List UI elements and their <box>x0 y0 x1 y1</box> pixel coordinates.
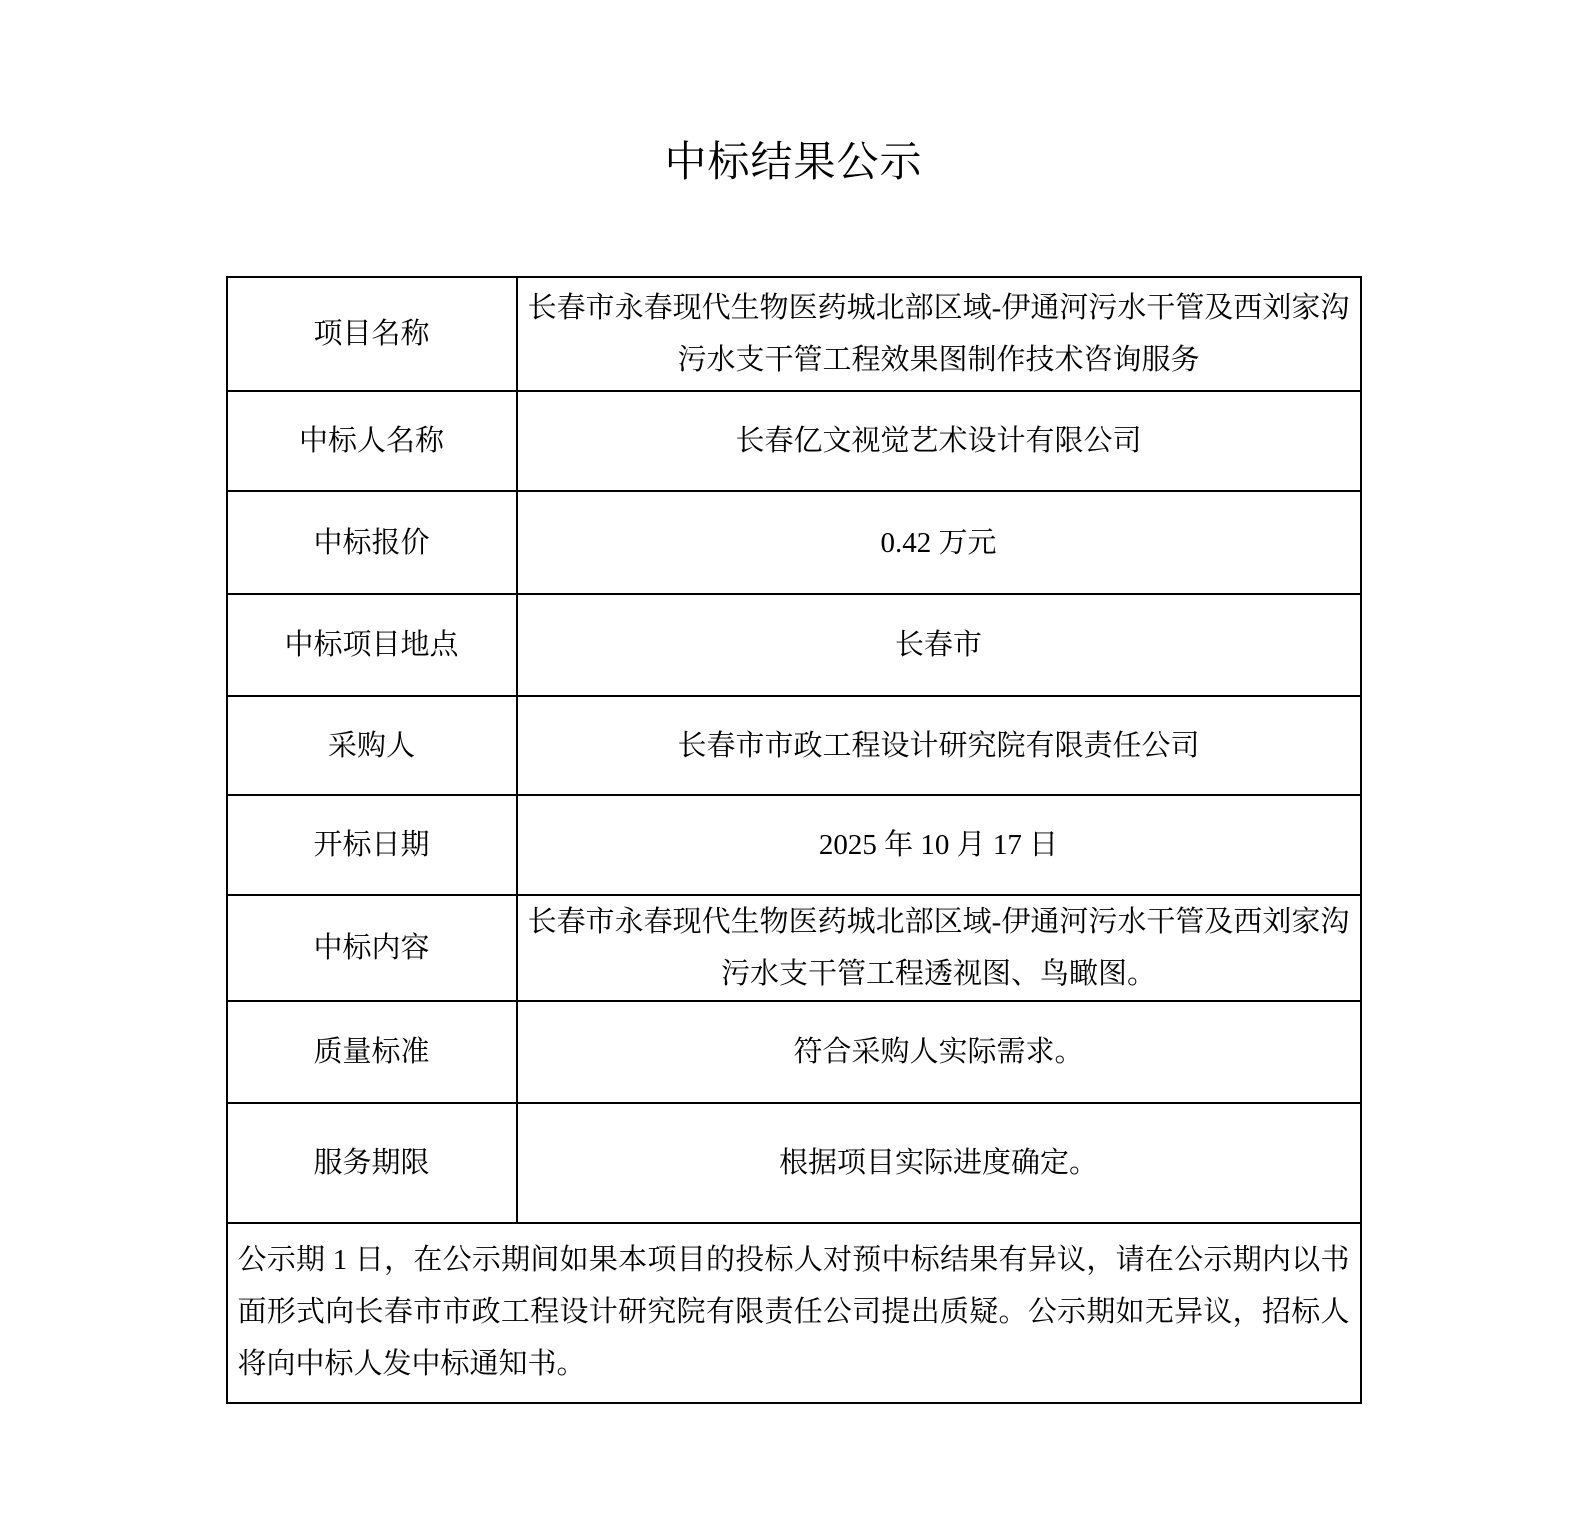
row-value: 长春市永春现代生物医药城北部区域-伊通河污水干管及西刘家沟污水支干管工程效果图制… <box>517 277 1361 391</box>
row-value: 符合采购人实际需求。 <box>517 1001 1361 1103</box>
row-value: 0.42 万元 <box>517 491 1361 594</box>
row-label: 项目名称 <box>227 277 517 391</box>
table-row-project-location: 中标项目地点 长春市 <box>227 594 1361 696</box>
table-row-publicity-notice: 公示期 1 日，在公示期间如果本项目的投标人对预中标结果有异议，请在公示期内以书… <box>227 1223 1361 1403</box>
row-value: 根据项目实际进度确定。 <box>517 1103 1361 1223</box>
row-value: 长春市市政工程设计研究院有限责任公司 <box>517 696 1361 795</box>
row-label: 中标项目地点 <box>227 594 517 696</box>
table-row-purchaser: 采购人 长春市市政工程设计研究院有限责任公司 <box>227 696 1361 795</box>
table-row-service-period: 服务期限 根据项目实际进度确定。 <box>227 1103 1361 1223</box>
row-value: 长春市 <box>517 594 1361 696</box>
row-label: 质量标准 <box>227 1001 517 1103</box>
row-value: 2025 年 10 月 17 日 <box>517 795 1361 895</box>
table-row-winner-name: 中标人名称 长春亿文视觉艺术设计有限公司 <box>227 391 1361 491</box>
bid-result-table: 项目名称 长春市永春现代生物医药城北部区域-伊通河污水干管及西刘家沟污水支干管工… <box>226 276 1362 1404</box>
table-row-bid-price: 中标报价 0.42 万元 <box>227 491 1361 594</box>
row-value: 长春市永春现代生物医药城北部区域-伊通河污水干管及西刘家沟污水支干管工程透视图、… <box>517 895 1361 1001</box>
row-label: 服务期限 <box>227 1103 517 1223</box>
page-title: 中标结果公示 <box>0 0 1587 188</box>
row-label: 中标内容 <box>227 895 517 1001</box>
table-row-quality-standard: 质量标准 符合采购人实际需求。 <box>227 1001 1361 1103</box>
row-label: 采购人 <box>227 696 517 795</box>
row-label: 开标日期 <box>227 795 517 895</box>
row-label: 中标人名称 <box>227 391 517 491</box>
row-value: 长春亿文视觉艺术设计有限公司 <box>517 391 1361 491</box>
notice-paragraph: 公示期 1 日，在公示期间如果本项目的投标人对预中标结果有异议，请在公示期内以书… <box>227 1223 1361 1403</box>
table-row-project-name: 项目名称 长春市永春现代生物医药城北部区域-伊通河污水干管及西刘家沟污水支干管工… <box>227 277 1361 391</box>
table-row-bid-content: 中标内容 长春市永春现代生物医药城北部区域-伊通河污水干管及西刘家沟污水支干管工… <box>227 895 1361 1001</box>
table-row-opening-date: 开标日期 2025 年 10 月 17 日 <box>227 795 1361 895</box>
row-label: 中标报价 <box>227 491 517 594</box>
